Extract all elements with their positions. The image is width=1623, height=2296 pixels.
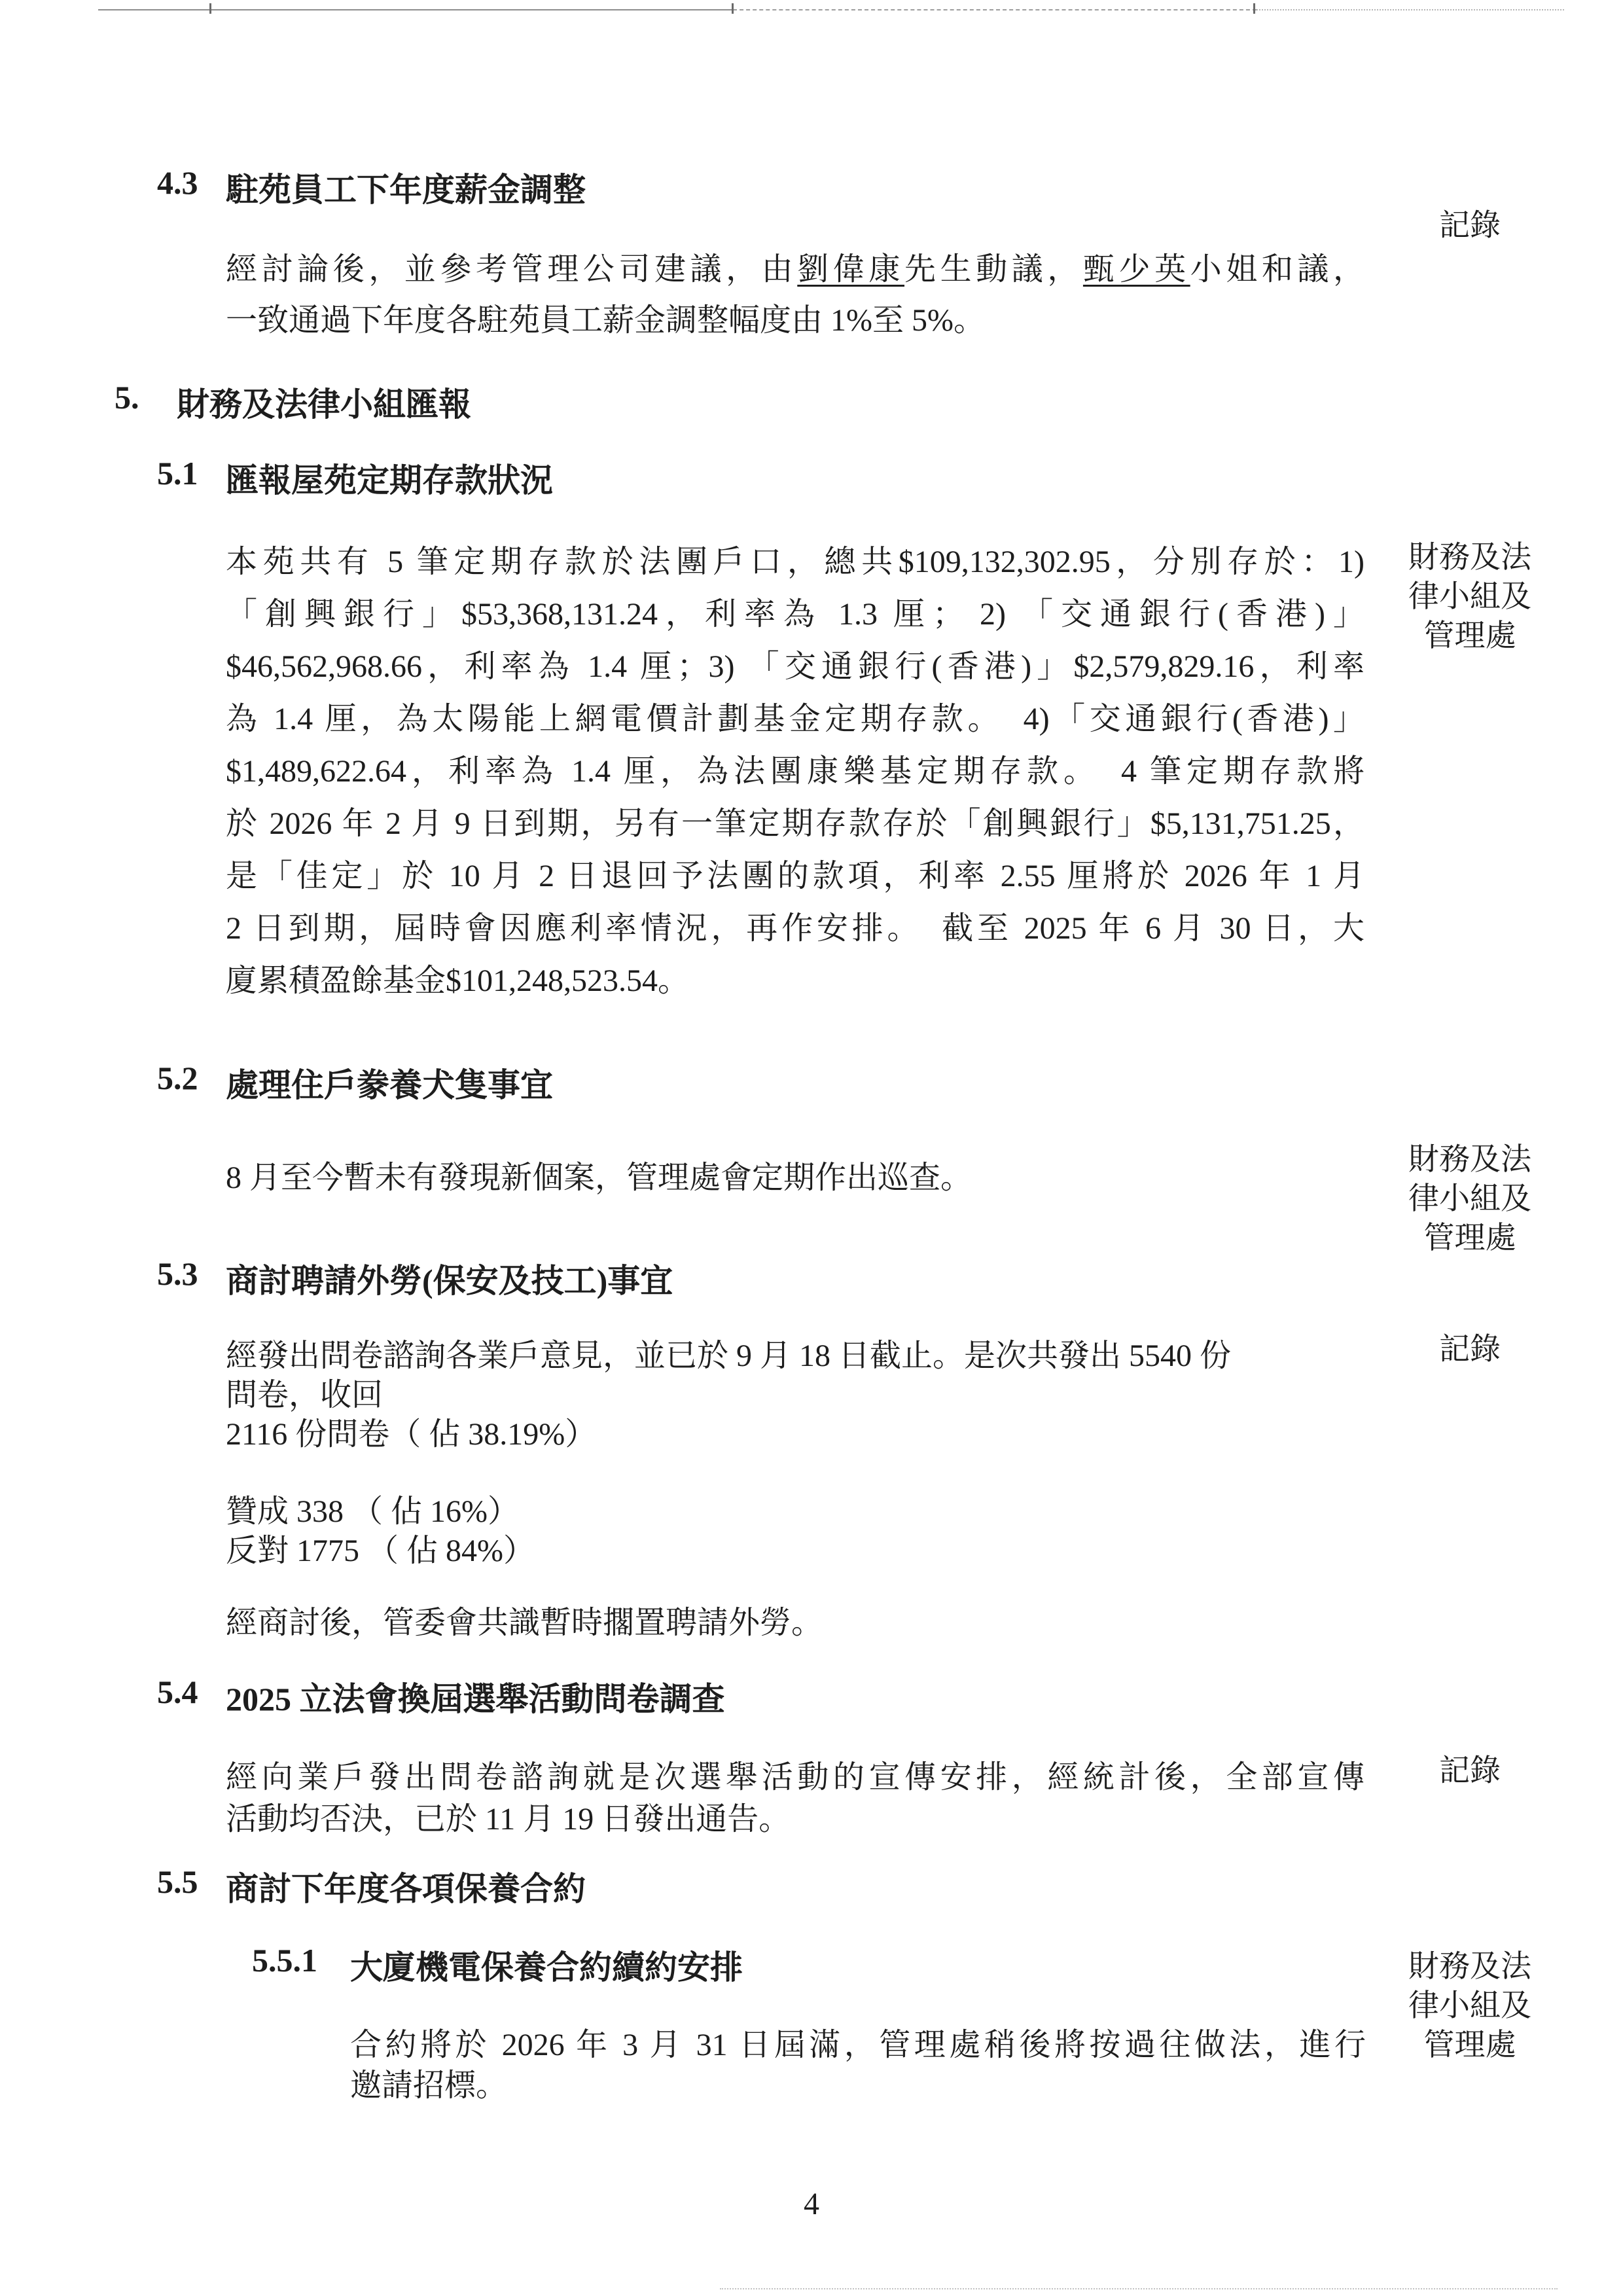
section-4-3-number: 4.3 [157, 164, 198, 202]
section-5-1-title: 匯報屋苑定期存款狀況 [226, 454, 553, 501]
section-4-3-title: 駐苑員工下年度薪金調整 [226, 164, 586, 211]
section-5-1-para-line: 為 1.4 厘，為太陽能上網電價計劃基金定期存款。 4)「交通銀行(香港)」 [226, 693, 1364, 738]
section-5-5-title: 商討下年度各項保養合約 [226, 1863, 586, 1910]
section-5-3-survey-line: 問卷，收回 [226, 1369, 1364, 1414]
section-5-5-1-body-line: 合約將於 2026 年 3 月 31 日屆滿，管理處稍後將按過往做法，進行 [350, 2019, 1366, 2064]
body-text: 經討論後，並參考管理公司建議，由 [226, 252, 797, 287]
section-5-4-title: 2025 立法會換屆選舉活動問卷調查 [226, 1673, 725, 1720]
section-5-1-para-line: 於 2026 年 2 月 9 日到期，另有一筆定期存款存於「創興銀行」$5,13… [226, 798, 1364, 843]
section-5-4-body-line: 活動均否決，已於 11 月 19 日發出通告。 [226, 1793, 1364, 1839]
section-5-1-para-line: $1,489,622.64，利率為 1.4 厘，為法團康樂基定期存款。 4 筆定… [226, 745, 1364, 791]
section-5-5-number: 5.5 [157, 1863, 198, 1901]
section-5-3-title: 商討聘請外勞(保安及技工)事宜 [226, 1255, 673, 1302]
scan-artifact-line-dotted [1257, 9, 1564, 10]
section-5-5-1-title: 大廈機電保養合約續約安排 [350, 1941, 743, 1988]
section-5-title: 財務及法律小組匯報 [177, 378, 471, 425]
section-4-3-body-line-2: 一致通過下年度各駐苑員工薪金調整幅度由 1%至 5%。 [226, 295, 1364, 340]
section-5-1-para-line: $46,562,968.66，利率為 1.4 厘；3) 「交通銀行(香港)」$2… [226, 641, 1364, 686]
body-text: 先生動議， [904, 252, 1083, 287]
document-page: 4.3 駐苑員工下年度薪金調整 記錄 經討論後，並參考管理公司建議，由劉偉康先生… [0, 0, 1623, 2296]
section-5-1-para-line: 2 日到期，屆時會因應利率情況，再作安排。 截至 2025 年 6 月 30 日… [226, 903, 1364, 948]
scan-artifact-tick [209, 3, 211, 14]
section-5-2-body: 8 月至今暫未有發現新個案，管理處會定期作出巡查。 [226, 1152, 1364, 1197]
seconder-name-underlined: 甄少英 [1083, 252, 1190, 287]
margin-note-record-4-3: 記錄 [1400, 206, 1539, 245]
section-5-3-survey-line: 2116 份問卷（ 佔 38.19%） [226, 1408, 1364, 1454]
margin-note-committee-5-5-1: 財務及法 律小組及 管理處 [1400, 1947, 1539, 2065]
scan-artifact-tick [732, 3, 734, 14]
margin-note-committee-5-2: 財務及法 律小組及 管理處 [1400, 1140, 1539, 1258]
section-5-3-conclusion: 經商討後，管委會共識暫時擱置聘請外勞。 [226, 1597, 1364, 1642]
body-text: 小姐和議， [1190, 252, 1364, 287]
section-5-1-para-line: 本苑共有 5 筆定期存款於法團戶口，總共$109,132,302.95，分別存於… [226, 536, 1364, 581]
margin-note-record-5-3: 記錄 [1400, 1330, 1539, 1369]
section-5-2-title: 處理住戶豢養犬隻事宜 [226, 1059, 553, 1106]
section-5-number: 5. [115, 378, 139, 416]
proposer-name-underlined: 劉偉康 [797, 252, 904, 287]
section-5-4-number: 5.4 [157, 1673, 198, 1711]
section-5-4-body-line: 經向業戶發出問卷諮詢就是次選舉活動的宣傳安排，經統計後，全部宣傳 [226, 1751, 1364, 1797]
section-5-5-1-number: 5.5.1 [252, 1941, 317, 1979]
section-5-3-survey-line: 經發出問卷諮詢各業戶意見，並已於 9 月 18 日截止。是次共發出 5540 份 [226, 1330, 1364, 1375]
page-number: 4 [0, 2186, 1623, 2222]
section-5-1-para-line: 「創興銀行」$53,368,131.24，利率為 1.3 厘； 2) 「交通銀行… [226, 588, 1364, 634]
section-5-5-1-body-line: 邀請招標。 [350, 2060, 1366, 2105]
section-5-1-para-line: 是「佳定」於 10 月 2 日退回予法團的款項，利率 2.55 厘將於 2026… [226, 850, 1364, 895]
section-4-3-body-line-1: 經討論後，並參考管理公司建議，由劉偉康先生動議，甄少英小姐和議， [226, 243, 1364, 289]
section-5-1-para-line: 廈累積盈餘基金$101,248,523.54。 [226, 955, 1364, 1000]
scan-artifact-tick [1253, 3, 1255, 14]
scan-artifact-line-bottom [720, 2288, 1558, 2289]
section-5-2-number: 5.2 [157, 1059, 198, 1097]
section-5-3-number: 5.3 [157, 1255, 198, 1293]
scan-artifact-line-solid [98, 9, 733, 10]
scan-artifact-line-dashed [733, 9, 1257, 10]
margin-note-record-5-4: 記錄 [1400, 1751, 1539, 1791]
section-5-3-vote-line-oppose: 反對 1775 （ 佔 84%） [226, 1525, 1364, 1570]
margin-note-committee-5-1: 財務及法 律小組及 管理處 [1400, 538, 1539, 656]
section-5-1-number: 5.1 [157, 454, 198, 492]
section-5-3-vote-line-approve: 贊成 338 （ 佔 16%） [226, 1486, 1364, 1531]
